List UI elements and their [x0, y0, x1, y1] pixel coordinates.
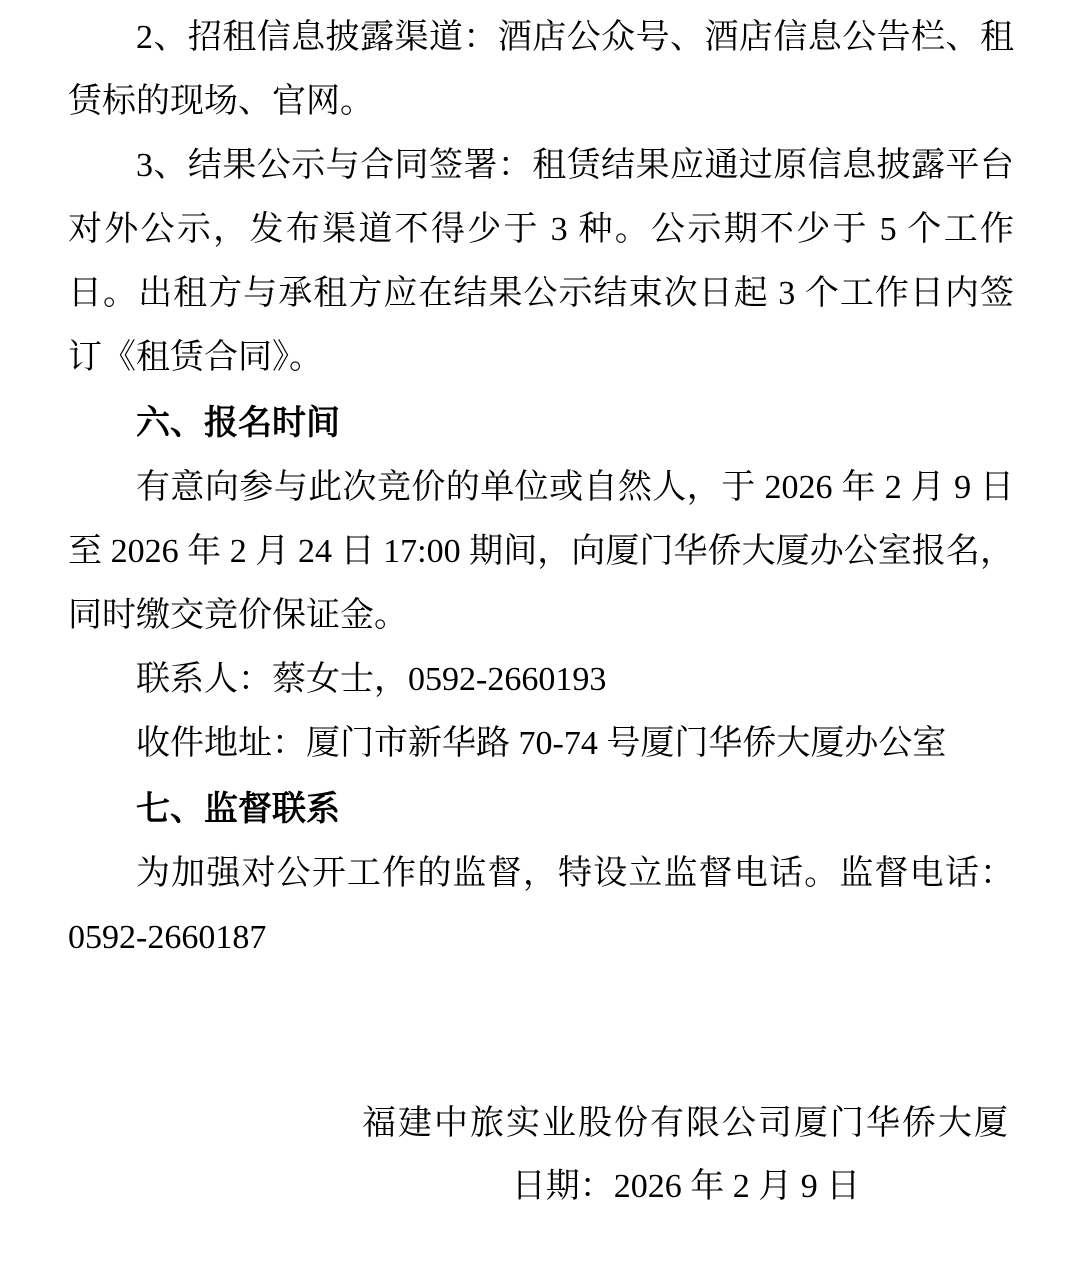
paragraph-mailing-address: 收件地址：厦门市新华路 70-74 号厦门华侨大厦办公室: [68, 712, 1014, 776]
paragraph-supervision-phone: 为加强对公开工作的监督，特设立监督电话。监督电话：0592-2660187: [68, 842, 1014, 970]
signature-company-name: 福建中旅实业股份有限公司厦门华侨大厦: [362, 1092, 1010, 1156]
signature-block: 福建中旅实业股份有限公司厦门华侨大厦 日期：2026 年 2 月 9 日: [362, 1092, 1010, 1218]
section-heading-supervision-contact: 七、监督联系: [68, 776, 1014, 842]
section-heading-registration-time: 六、报名时间: [68, 390, 1014, 456]
document-page: 2、招租信息披露渠道：酒店公众号、酒店信息公告栏、租赁标的现场、官网。 3、结果…: [0, 0, 1080, 1264]
paragraph-contact-person: 联系人：蔡女士，0592-2660193: [68, 648, 1014, 712]
signature-date: 日期：2026 年 2 月 9 日: [362, 1156, 1010, 1218]
paragraph-result-publicity-contract: 3、结果公示与合同签署：租赁结果应通过原信息披露平台对外公示，发布渠道不得少于 …: [68, 134, 1014, 390]
paragraph-registration-period: 有意向参与此次竞价的单位或自然人，于 2026 年 2 月 9 日至 2026 …: [68, 456, 1014, 648]
paragraph-disclosure-channels: 2、招租信息披露渠道：酒店公众号、酒店信息公告栏、租赁标的现场、官网。: [68, 6, 1014, 134]
